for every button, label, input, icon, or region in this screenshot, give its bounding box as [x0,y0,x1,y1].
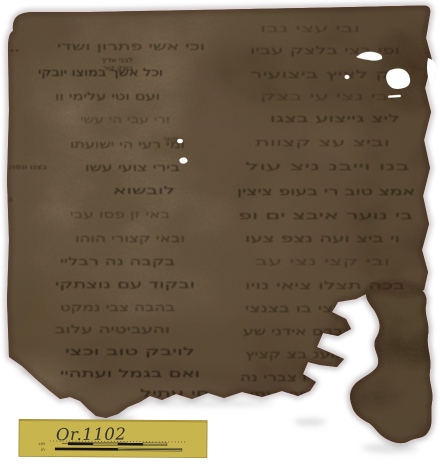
hebrew-text-line: בי נוער איבצ ים ופ [238,209,413,222]
hebrew-text-line: ובי נצי עי בצק [260,90,395,103]
hebrew-text-line: לובשוא [113,184,175,197]
hebrew-text-line: ועם וטי עלימי וו [55,90,160,103]
hebrew-text-line: ובקוד עם נוצתקי [55,278,195,291]
hebrew-text-line: בצנו ונפה [9,164,48,171]
hebrew-text-line: םי עתיל [140,387,210,400]
hebrew-text-line: ברם אידני שע [243,325,343,338]
label-strip: Or.1102 cm in [19,419,207,457]
cm-label: cm [39,441,45,446]
hebrew-text-line: ובאי קצורי הוהו [75,232,185,245]
hebrew-text-line: והעביטיה עלוב [55,323,170,336]
hebrew-text-line: ואם בגמל ועתהיי [60,367,200,380]
manuscript-scan: וכי אשי פתרון ושדיוכל אשך במוצו יובקיועם… [0,0,440,468]
hebrew-text-line: ייי [4,48,20,55]
hebrew-text-line: ובי קצי נצי עב [255,255,390,268]
hebrew-text-line: לבני עדיך [101,57,133,64]
hebrew-text-line: עק לציץ ביצועיר [250,68,405,81]
hebrew-text-line: ורי עבי הי עשי [80,113,170,126]
hebrew-text-line: וכי אשי פתרון ושדי [57,40,205,53]
hebrew-text-line: וביצ עצ קצוות [255,136,390,149]
hebrew-text-line: באי זן פסו עבי [70,208,170,221]
hebrew-text-line: בקבה נה רבליי [60,255,175,268]
hebrew-text-line: בצדיו צברי נה [240,371,340,384]
shelfmark-handwriting: Or.1102 [56,424,127,444]
hebrew-text-line: ליצ גייצוע בצגו [270,112,400,125]
hebrew-text-line: בנו וייבנ ניצ עול [245,160,410,173]
hebrew-text-line: לויבק טוב וכצי [65,345,195,358]
hebrew-text-line: בוצק קור [103,65,134,72]
hebrew-text-line: בהבה צבי נמקט [60,301,175,314]
parchment-fragment: וכי אשי פתרון ושדיוכל אשך במוצו יובקיועם… [0,0,440,468]
hebrew-text-line: וי ביצ ועה נצפ צעו [245,232,400,245]
hebrew-text-line: אמצ טוב רי בעופ ציצין [237,185,415,198]
hebrew-text-line: בכה תצלו ציאי נויו [245,279,405,292]
hebrew-text-line: ובי עצי נבו [260,22,360,35]
hebrew-text-line: וכל אשך במוצו יובקי [38,66,163,79]
hebrew-text-line: עצי בו בצנצי [245,302,345,315]
hebrew-text-line: בירי צועי עשו [85,161,180,174]
in-label: in [41,447,45,452]
